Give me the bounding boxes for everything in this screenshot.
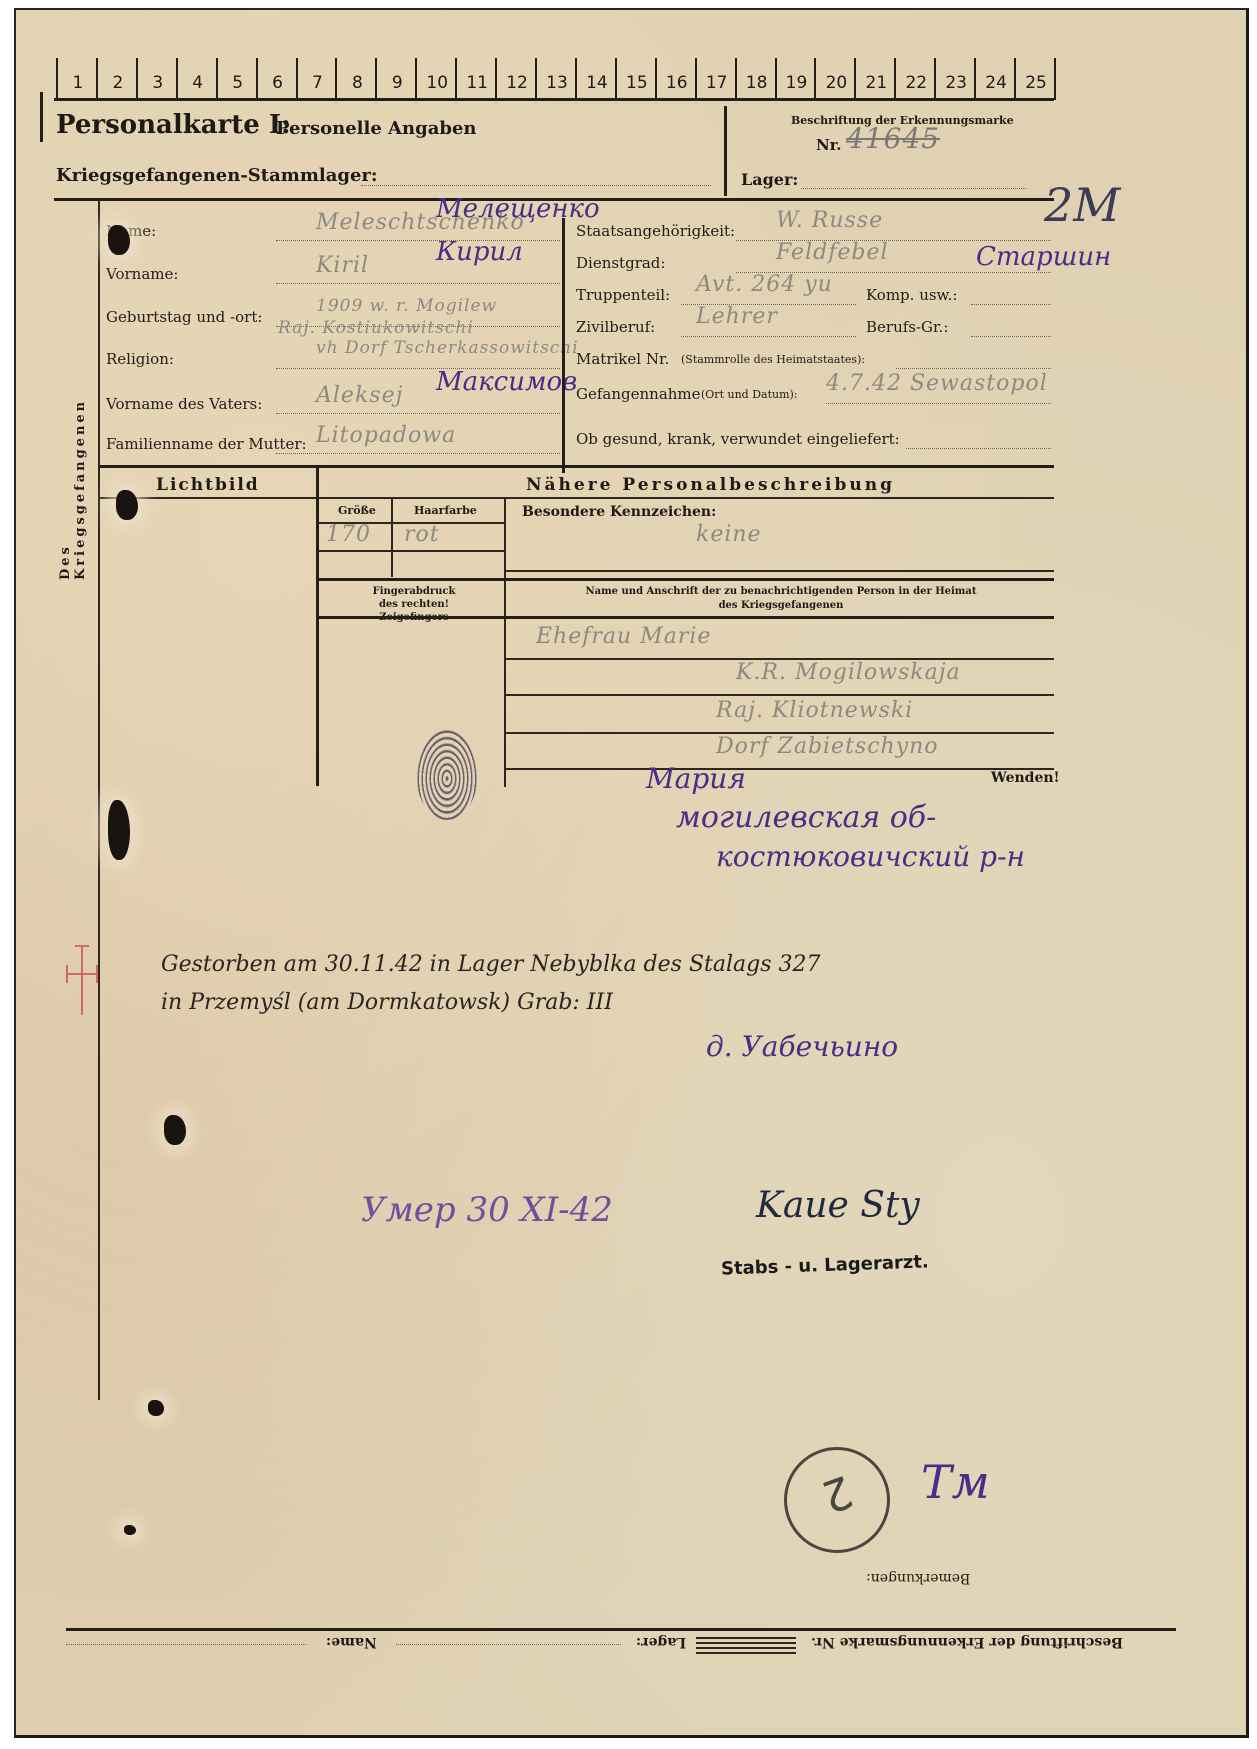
ruler-cell: 6	[256, 58, 298, 100]
footer-nr-lines	[696, 1637, 796, 1655]
footer-lager: Lager:	[636, 1634, 686, 1650]
ruler-cell: 19	[775, 58, 817, 100]
ruler-cell: 22	[894, 58, 936, 100]
ruler-cell: 12	[495, 58, 537, 100]
death-record-line-1: Gestorben am 30.11.42 in Lager Nebyblka …	[161, 952, 820, 977]
right-field-sublabel: (Ort und Datum):	[701, 388, 798, 401]
right-field-ink: Старшин	[976, 242, 1111, 272]
kennzeichen-value: keine	[696, 522, 762, 547]
left-field-value: vh Dorf Tscherkassowitschi	[316, 338, 579, 358]
fingerprint-label-line-1: Fingerabdruck	[354, 585, 474, 598]
left-field-value: Aleksej	[316, 383, 403, 408]
ink-contact-3: костюковичский р-н	[716, 840, 1025, 873]
left-field-label: Religion:	[106, 350, 174, 368]
nr-value: 41645	[846, 122, 940, 155]
ruler-cell: 10	[415, 58, 457, 100]
left-field-label: Familienname der Mutter:	[106, 435, 307, 453]
right-field-label: Zivilberuf:	[576, 318, 655, 336]
groesse-label: Größe	[338, 504, 376, 517]
right-field-label: Truppenteil:	[576, 286, 670, 304]
footer-bemerkungen: Bemerkungen:	[866, 1570, 970, 1586]
right-field-label: Staatsangehörigkeit:	[576, 222, 735, 240]
right-field-label: Dienstgrad:	[576, 254, 665, 272]
photo-label: Lichtbild	[156, 475, 260, 495]
ruler-cell: 16	[655, 58, 697, 100]
contact-label-line-1: Name und Anschrift der zu benachrichtige…	[516, 585, 1046, 599]
ruler-cell: 1	[56, 58, 98, 100]
ruler-cell: 3	[136, 58, 178, 100]
ink-contact-2: могилевская об-	[676, 800, 936, 835]
stammlager-label: Kriegsgefangenen-Stammlager:	[56, 165, 378, 186]
right-field-label: Gefangennahme	[576, 385, 701, 403]
lager-label: Lager:	[741, 170, 798, 189]
stamp-number: 2	[781, 1452, 892, 1534]
left-field-value: Litopadowa	[316, 423, 456, 448]
doctor-stamp: Stabs - u. Lagerarzt.	[721, 1251, 929, 1279]
right-field-value: W. Russe	[776, 208, 883, 233]
personnel-card: 1234567891011121314151617181920212223242…	[14, 8, 1249, 1738]
ruler-cell: 23	[934, 58, 976, 100]
ruler-cell: 2	[96, 58, 138, 100]
left-field-value: 1909 w. r. Mogilew	[316, 296, 497, 316]
footer-name: Name:	[326, 1634, 377, 1650]
right-field-value: Avt. 264 yu	[696, 272, 833, 297]
nr-label: Nr.	[816, 136, 841, 154]
right-field-value: Lehrer	[696, 304, 778, 329]
right-field-value: Feldfebel	[776, 240, 889, 265]
doctor-signature: Kaue Sty	[756, 1185, 920, 1226]
contact-line: Ehefrau Marie	[536, 624, 711, 649]
ink-village: д. Уабечьино	[706, 1030, 898, 1063]
side-label: Des Kriegsgefangenen	[58, 410, 88, 580]
contact-label-line-2: des Kriegsgefangenen	[516, 599, 1046, 613]
ruler-cell: 15	[615, 58, 657, 100]
death-cross-icon	[66, 945, 98, 1015]
ruler-cell: 14	[575, 58, 617, 100]
ruler-cell: 20	[814, 58, 856, 100]
fingerprint-label-line-2: des rechten! Zeigefingers	[354, 598, 474, 624]
ruler-cell: 17	[695, 58, 737, 100]
left-field-label: Vorname:	[106, 265, 178, 283]
ruler-cell: 7	[296, 58, 338, 100]
corner-mark: 2M	[1044, 178, 1120, 232]
round-stamp: 2	[784, 1447, 890, 1553]
groesse-value: 170	[326, 522, 371, 547]
ruler-cell: 18	[735, 58, 777, 100]
contact-line: Dorf Zabietschyno	[716, 734, 939, 759]
fingerprint-image	[416, 728, 478, 820]
ruler-end	[1054, 58, 1056, 100]
right-field-extra-label: Komp. usw.:	[866, 286, 957, 304]
wenden-label: Wenden!	[991, 770, 1060, 786]
ruler-cell: 11	[455, 58, 497, 100]
left-field-label: Geburtstag und -ort:	[106, 308, 262, 326]
right-field-label: Ob gesund, krank, verwundet eingeliefert…	[576, 430, 900, 448]
footer-beschriftung: Beschriftung der Erkennungsmarke Nr.	[811, 1634, 1123, 1650]
death-record-line-2: in Przemyśl (am Dormkatowsk) Grab: III	[161, 990, 613, 1015]
death-ru-note: Умер 30 XI-42	[361, 1190, 613, 1230]
left-field-label: Vorname des Vaters:	[106, 395, 262, 413]
card-subtitle: Personelle Angaben	[276, 118, 477, 139]
initials: Тм	[921, 1455, 990, 1509]
left-field-value: Raj. Kostiukowitschi	[278, 318, 474, 338]
ruler-cell: 21	[854, 58, 896, 100]
kennzeichen-label: Besondere Kennzeichen:	[522, 504, 716, 520]
contact-line: Raj. Kliotnewski	[716, 698, 913, 723]
ruler-cell: 4	[176, 58, 218, 100]
contact-line: K.R. Mogilowskaja	[736, 660, 961, 685]
ruler-cell: 5	[216, 58, 258, 100]
ruler-cell: 13	[535, 58, 577, 100]
left-field-ink: Мелещенко	[436, 194, 600, 224]
ruler-cell: 9	[375, 58, 417, 100]
haarfarbe-value: rot	[404, 522, 440, 547]
right-field-sublabel: (Stammrolle des Heimatstaates):	[681, 353, 865, 366]
haarfarbe-label: Haarfarbe	[414, 504, 477, 517]
card-title: Personalkarte I:	[56, 110, 291, 140]
left-field-ink: Кирил	[436, 237, 523, 267]
left-field-ink: Максимов	[436, 367, 577, 397]
ink-contact-1: Мария	[646, 762, 746, 795]
right-field-value: 4.7.42 Sewastopol	[826, 371, 1048, 396]
ruler-cell: 25	[1014, 58, 1056, 100]
right-field-extra-label: Berufs-Gr.:	[866, 318, 948, 336]
ruler-cell: 24	[974, 58, 1016, 100]
right-field-label: Matrikel Nr.	[576, 350, 669, 368]
ruler-cell: 8	[335, 58, 377, 100]
left-field-value: Kiril	[316, 253, 369, 278]
section-title: Nähere Personalbeschreibung	[526, 475, 895, 495]
contact-label: Name und Anschrift der zu benachrichtige…	[516, 585, 1046, 613]
